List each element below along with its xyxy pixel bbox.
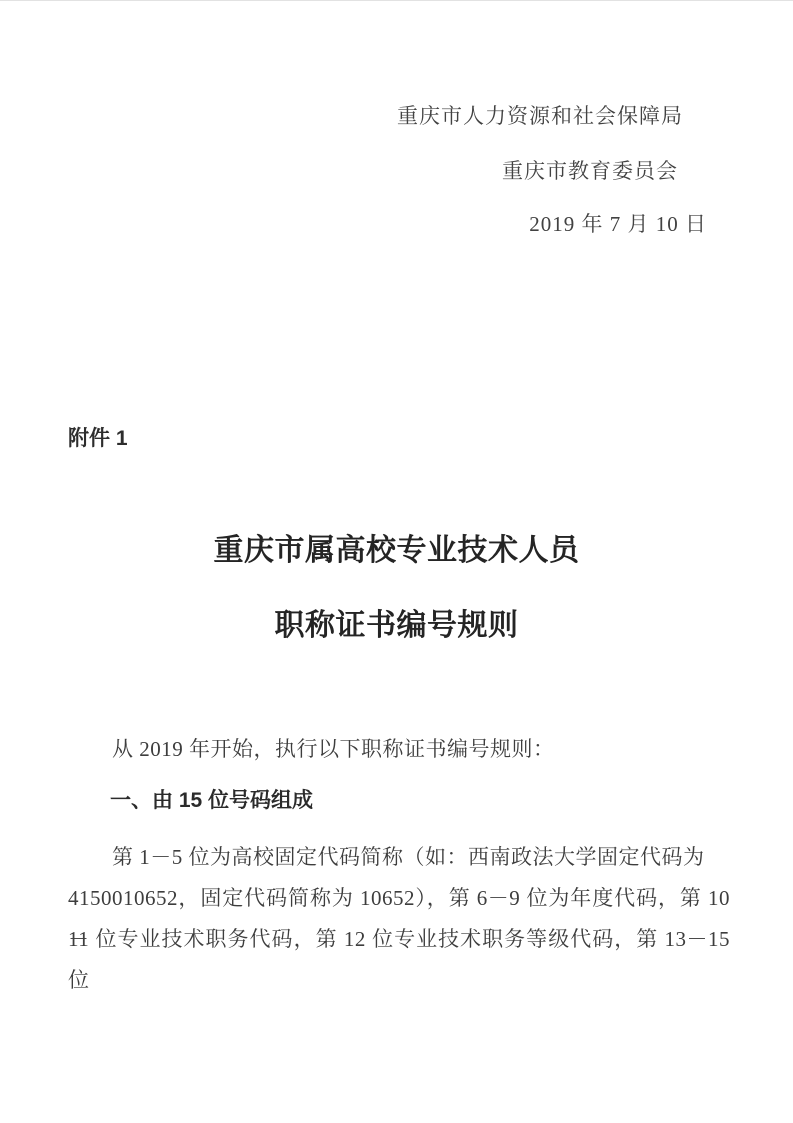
document-page: 重庆市人力资源和社会保障局 重庆市教育委员会 2019 年 7 月 10 日 附…	[0, 0, 793, 1123]
doc-title-line-1: 重庆市属高校专业技术人员	[0, 533, 793, 569]
date-line: 2019 年 7 月 10 日	[529, 210, 707, 238]
issuer-line-2: 重庆市教育委员会	[502, 157, 678, 185]
issuer-line-1: 重庆市人力资源和社会保障局	[397, 102, 683, 130]
paragraph-1: 第 1－5 位为高校固定代码简称（如：西南政法大学固定代码为 415001065…	[68, 837, 730, 960]
intro-paragraph: 从 2019 年开始，执行以下职称证书编号规则：	[68, 735, 555, 763]
doc-title-line-2: 职称证书编号规则	[0, 608, 793, 644]
attachment-label: 附件 1	[68, 425, 128, 453]
paragraph-1-line-1: 第 1－5 位为高校固定代码简称（如：西南政法大学固定代码为	[68, 837, 730, 878]
section-1-heading: 一、由 15 位号码组成	[68, 787, 313, 815]
paragraph-1-line-2: 4150010652，固定代码简称为 10652），第 6－9 位为年度代码，第…	[68, 878, 730, 919]
paragraph-1-line-3: 11 位专业技术职务代码，第 12 位专业技术职务等级代码，第 13－15 位	[68, 919, 730, 960]
